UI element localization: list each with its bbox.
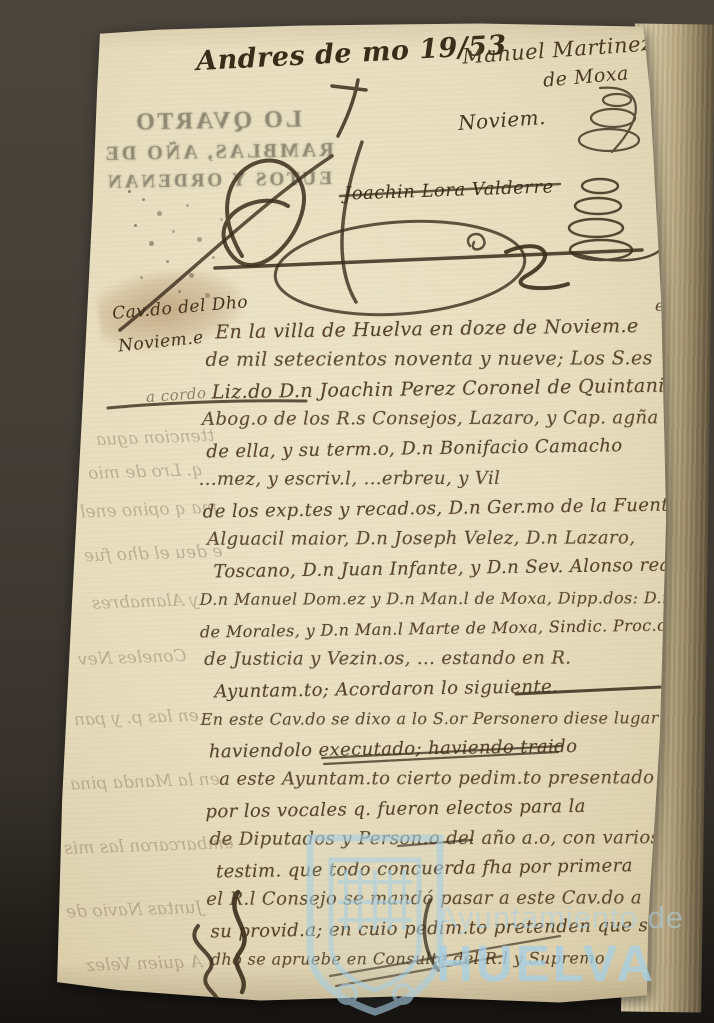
pencil-folio-top: 53/ [72,66,97,86]
edge-vignette [0,0,714,1023]
pencil-folio-bottom: 64 [69,80,94,100]
page-wrap: LO QVARTO RAMBLAS, AÑO DE EUTOS Y ORDENA… [0,0,714,1023]
manuscript-page: LO QVARTO RAMBLAS, AÑO DE EUTOS Y ORDENA… [0,0,714,1023]
scanned-manuscript: LO QVARTO RAMBLAS, AÑO DE EUTOS Y ORDENA… [0,0,714,1023]
pencil-folio-number: 53/ 64 [69,66,98,101]
